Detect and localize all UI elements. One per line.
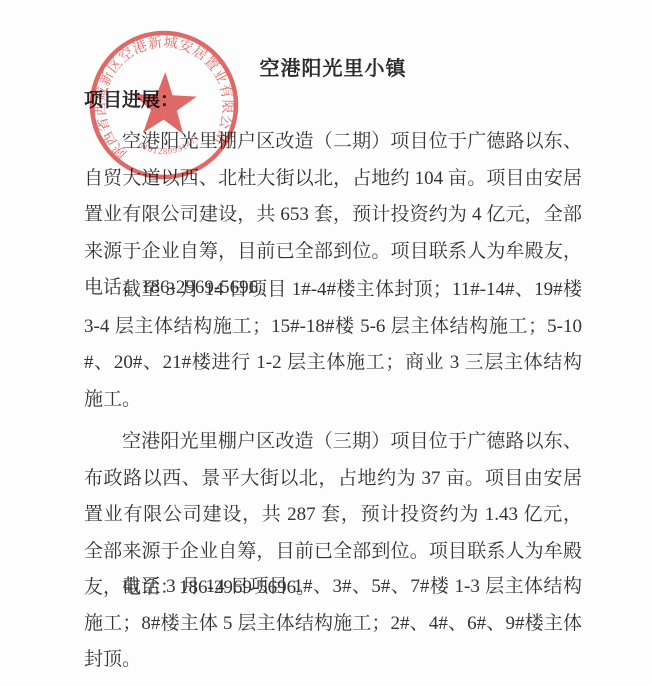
document-title: 空港阳光里小镇 bbox=[84, 52, 582, 81]
paragraph-phase3-progress: 截至 3 月 14 日项目 1#、3#、5#、7#楼 1-3 层主体结构施工；8… bbox=[84, 569, 582, 679]
section-heading: 项目进展： bbox=[84, 85, 179, 112]
paragraph-phase2-progress: 截至 3 月 14 日项目 1#-4#楼主体封顶；11#-14#、19#楼 3-… bbox=[84, 272, 582, 418]
document-page: 空港阳光里小镇 项目进展： 空港阳光里棚户区改造（二期）项目位于广德路以东、自贸… bbox=[0, 0, 652, 686]
